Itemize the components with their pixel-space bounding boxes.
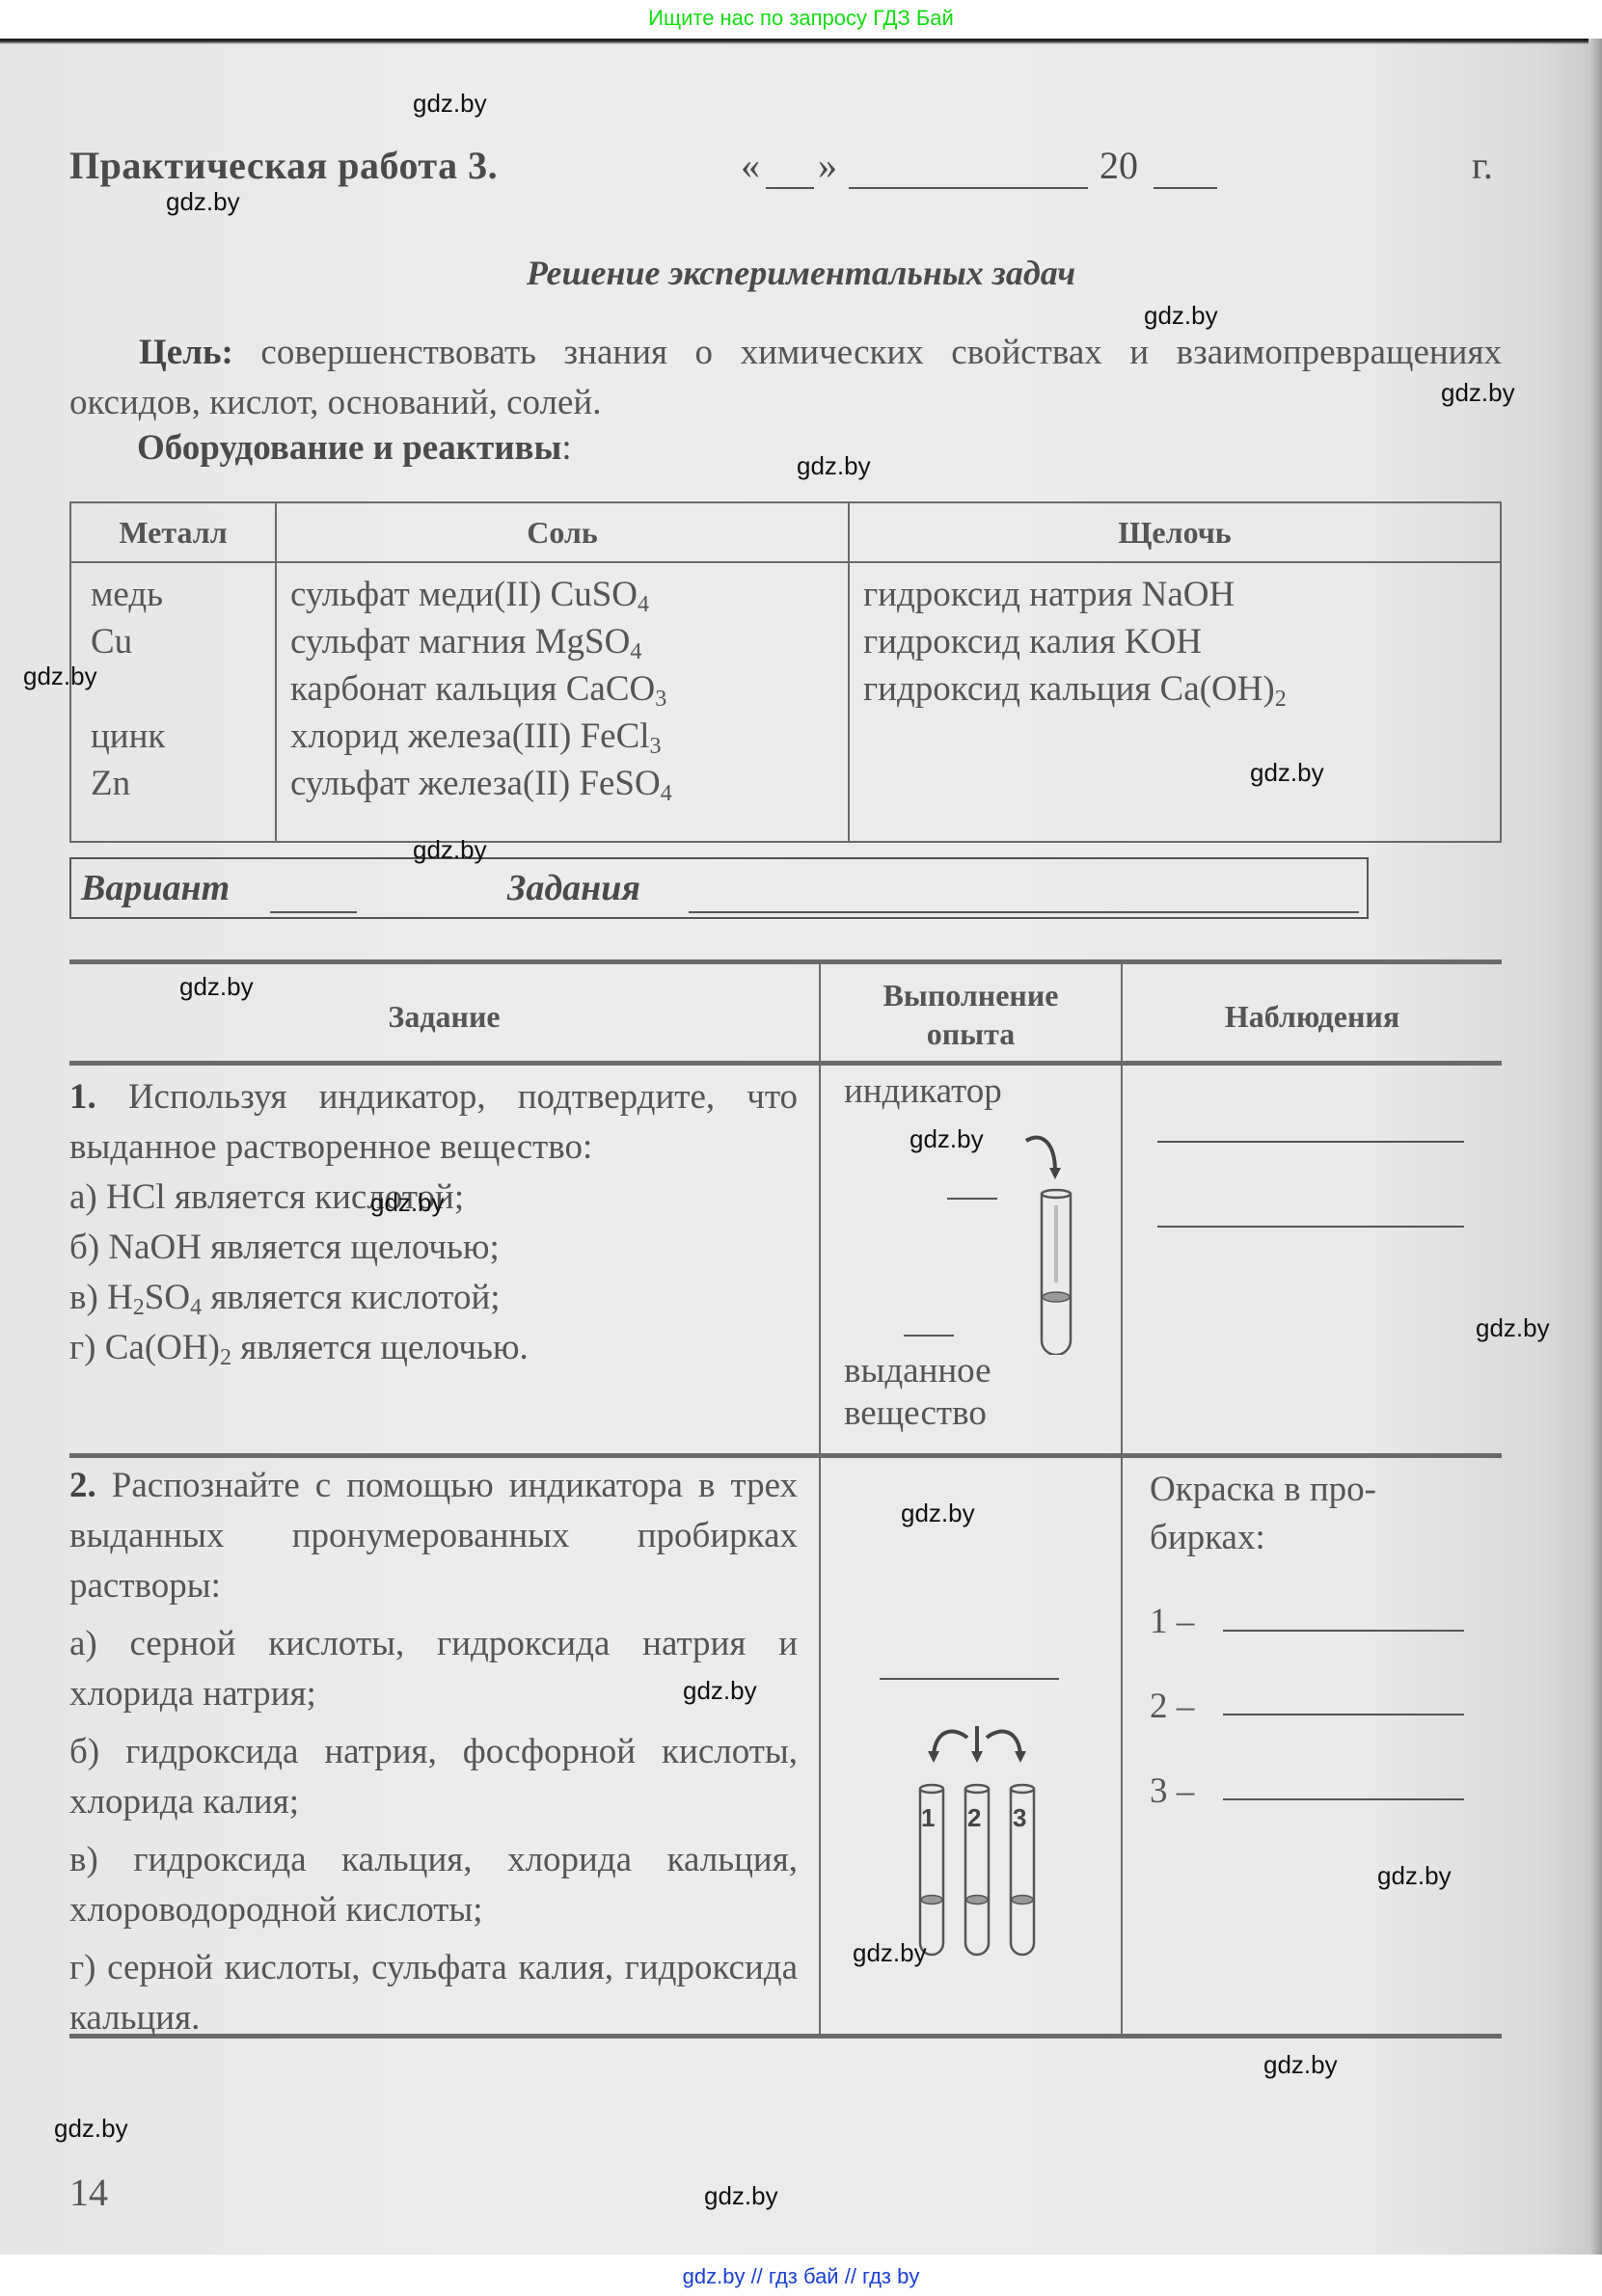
top-banner[interactable]: Ищите нас по запросу ГДЗ Бай	[0, 0, 1602, 37]
watermark: gdz.by	[179, 972, 254, 1002]
metals-cell: медь Cu цинк Zn	[70, 562, 276, 842]
page-binding-edge	[1588, 39, 1602, 2255]
watermark: gdz.by	[910, 1124, 984, 1154]
task-2-intro: 2. Распознайте с помощью индикатора в тр…	[69, 1461, 798, 1611]
task-1-observation-blank[interactable]	[1157, 1226, 1464, 1228]
goal-text: совершенствовать знания о химических сво…	[69, 333, 1502, 422]
task-1-indicator-blank	[947, 1198, 997, 1200]
alkali-item: гидроксид натрия NaOH	[863, 571, 1486, 618]
task-2-text: 2. Распознайте с помощью индикатора в тр…	[69, 1461, 798, 2043]
reagents-table: Металл Соль Щелочь медь Cu цинк Zn сульф…	[69, 501, 1502, 843]
alkali-item: гидроксид калия KOH	[863, 618, 1486, 665]
watermark: gdz.by	[166, 187, 240, 217]
task-2-item: г) серной кислоты, сульфата калия, гидро…	[69, 1943, 798, 2043]
variant-label: Вариант	[81, 867, 230, 909]
variant-blank	[270, 911, 357, 913]
date-field: « » 20 г.	[741, 143, 1503, 191]
tasks-label: Задания	[507, 867, 640, 909]
watermark: gdz.by	[1441, 378, 1515, 408]
watermark: gdz.by	[704, 2181, 778, 2211]
alkalis-cell: гидроксид натрия NaOH гидроксид калия KO…	[849, 562, 1501, 842]
col-header-experiment-line2: опыта	[821, 1014, 1121, 1053]
tube-1-observation-blank[interactable]	[1223, 1630, 1464, 1632]
task-1-item: в) H2SO4 является кислотой;	[69, 1273, 798, 1323]
metal-item: цинк	[91, 713, 261, 760]
task-2-item: б) гидроксида натрия, фосфорной кислоты,…	[69, 1727, 798, 1827]
date-open-quote: «	[741, 143, 760, 188]
watermark: gdz.by	[683, 1676, 757, 1706]
month-blank	[849, 187, 1088, 189]
watermark: gdz.by	[370, 1188, 445, 1218]
watermark: gdz.by	[1476, 1313, 1550, 1343]
page-title: Практическая работа 3.	[69, 143, 498, 188]
watermark: gdz.by	[54, 2114, 128, 2144]
page-edge-shadow	[0, 39, 1602, 44]
work-subtitle: Решение экспериментальных задач	[0, 253, 1602, 293]
col-header-experiment-line1: Выполнение	[821, 976, 1121, 1014]
metal-item: медь	[91, 571, 261, 618]
metal-item	[91, 665, 261, 713]
tube-2-observation-blank[interactable]	[1223, 1714, 1464, 1715]
tasks-table-header-rule	[69, 1061, 1502, 1066]
tasks-col-divider-2	[1121, 959, 1123, 2036]
col-header-experiment: Выполнение опыта	[821, 976, 1121, 1053]
salt-item: сульфат железа(II) FeSO4	[290, 760, 834, 807]
page-number: 14	[69, 2170, 108, 2215]
task-2-observation-label: Окраска в про- бирках:	[1150, 1466, 1376, 1562]
watermark: gdz.by	[23, 662, 97, 691]
salt-item: хлорид железа(III) FeCl3	[290, 713, 834, 760]
task-1-intro: 1. Используя индикатор, подтвердите, что…	[69, 1072, 798, 1173]
equipment-colon: :	[561, 428, 571, 468]
date-close-quote: »	[818, 143, 837, 188]
watermark: gdz.by	[1377, 1861, 1452, 1891]
watermark: gdz.by	[901, 1499, 975, 1528]
tube-2-observation-label: 2 –	[1150, 1686, 1194, 1727]
tube-3-observation-blank[interactable]	[1223, 1798, 1464, 1800]
variant-box: Вариант Задания	[69, 857, 1369, 919]
tasks-blank	[689, 911, 1359, 913]
tasks-col-divider-1	[819, 959, 821, 2036]
task-1-indicator-label: индикатор	[844, 1070, 1002, 1113]
task-2-item: в) гидроксида кальция, хлорида кальция, …	[69, 1835, 798, 1935]
task-1-substance-blank	[904, 1335, 954, 1337]
equipment-heading: Оборудование и реактивы:	[137, 427, 572, 469]
test-tube-icon	[1013, 1133, 1090, 1355]
watermark: gdz.by	[413, 835, 487, 865]
metal-item: Zn	[91, 760, 261, 807]
watermark: gdz.by	[1250, 758, 1324, 788]
equipment-label: Оборудование и реактивы	[137, 428, 561, 468]
salt-item: карбонат кальция CaCO3	[290, 665, 834, 713]
task-1-text: 1. Используя индикатор, подтвердите, что…	[69, 1072, 798, 1373]
salts-cell: сульфат меди(II) CuSO4 сульфат магния Mg…	[276, 562, 849, 842]
tube-1-observation-label: 1 –	[1150, 1601, 1194, 1642]
task-1-observation-blank[interactable]	[1157, 1141, 1464, 1143]
task-1-substance-label: выданное вещество	[844, 1350, 991, 1435]
task-1-item: г) Ca(OH)2 является щелочью.	[69, 1323, 798, 1373]
watermark: gdz.by	[797, 451, 871, 481]
col-header-alkali: Щелочь	[849, 502, 1501, 562]
reagents-header-row: Металл Соль Щелочь	[70, 502, 1501, 562]
col-header-task: Задание	[69, 997, 819, 1036]
salt-item: сульфат магния MgSO4	[290, 618, 834, 665]
watermark: gdz.by	[413, 89, 487, 119]
day-blank	[766, 187, 814, 189]
col-header-metal: Металл	[70, 502, 276, 562]
goal-label: Цель:	[139, 333, 233, 372]
watermark: gdz.by	[1263, 2050, 1338, 2080]
reagents-body-row: медь Cu цинк Zn сульфат меди(II) CuSO4 с…	[70, 562, 1501, 842]
watermark: gdz.by	[853, 1938, 927, 1968]
salt-item: сульфат меди(II) CuSO4	[290, 571, 834, 618]
year-suffix: г.	[1472, 143, 1493, 188]
col-header-salt: Соль	[276, 502, 849, 562]
tube-label-1: 1	[921, 1803, 935, 1833]
goal-paragraph: Цель: совершенствовать знания о химическ…	[69, 328, 1502, 428]
watermark: gdz.by	[1144, 301, 1218, 331]
col-header-observations: Наблюдения	[1123, 997, 1502, 1036]
tube-label-3: 3	[1013, 1803, 1026, 1833]
metal-item: Cu	[91, 618, 261, 665]
alkali-item: гидроксид кальция Ca(OH)2	[863, 665, 1486, 713]
task-1-item: б) NaOH является щелочью;	[69, 1223, 798, 1273]
task-2-indicator-blank	[880, 1678, 1059, 1680]
year-blank	[1154, 187, 1217, 189]
tube-label-2: 2	[967, 1803, 981, 1833]
tube-3-observation-label: 3 –	[1150, 1770, 1194, 1812]
tasks-table-top-rule	[69, 959, 1502, 964]
year-prefix: 20	[1100, 143, 1138, 188]
tasks-table-row-rule	[69, 1453, 1502, 1458]
three-test-tubes-icon	[907, 1716, 1042, 1962]
bottom-banner[interactable]: gdz.by // гдз бай // гдз by	[0, 2256, 1602, 2296]
